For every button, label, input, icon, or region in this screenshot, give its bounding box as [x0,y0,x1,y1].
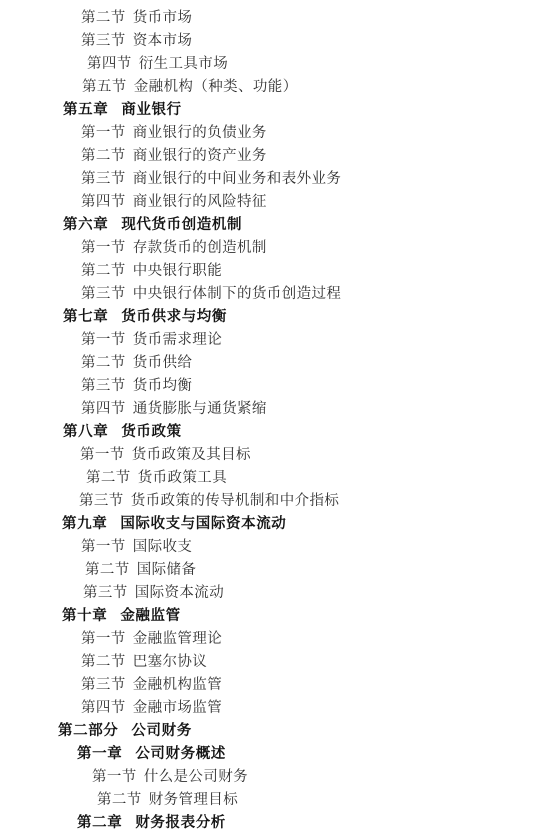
toc-item-title: 商业银行 [121,98,181,119]
toc-item-number: 第一节 [81,236,126,257]
toc-section-line: 第二节货币市场 [0,5,548,28]
toc-item-title: 公司财务概述 [135,742,226,763]
toc-item-number: 第二部分 [58,719,118,740]
toc-item-title: 中央银行体制下的货币创造过程 [133,282,342,303]
toc-section-line: 第一节存款货币的创造机制 [0,235,548,258]
toc-item-number: 第三节 [81,374,126,395]
toc-item-title: 金融机构监管 [133,673,222,694]
toc-item-number: 第十章 [62,604,107,625]
toc-item-title: 国际资本流动 [135,581,224,602]
toc-item-number: 第三节 [83,581,128,602]
toc-section-line: 第二节商业银行的资产业务 [0,143,548,166]
toc-section-line: 第五节金融机构（种类、功能） [0,74,548,97]
toc-item-number: 第三节 [81,673,126,694]
toc-section-line: 第一节金融监管理论 [0,626,548,649]
toc-item-title: 金融市场监管 [133,696,222,717]
toc-item-title: 中央银行职能 [133,259,222,280]
toc-item-title: 货币政策 [121,420,181,441]
toc-item-number: 第九章 [62,512,107,533]
toc-item-number: 第四节 [81,397,126,418]
toc-section-line: 第二节国际储备 [0,557,548,580]
toc-item-number: 第二节 [81,351,126,372]
toc-item-number: 第四节 [81,696,126,717]
toc-item-number: 第二节 [97,788,142,809]
toc-item-title: 商业银行的负债业务 [133,121,267,142]
toc-heading-line: 第五章商业银行 [0,97,548,120]
toc-item-number: 第二节 [81,6,126,27]
toc-item-number: 第一章 [77,742,122,763]
toc-item-number: 第一节 [92,765,137,786]
toc-heading-line: 第九章国际收支与国际资本流动 [0,511,548,534]
toc-section-line: 第三节中央银行体制下的货币创造过程 [0,281,548,304]
toc-section-line: 第四节衍生工具市场 [0,51,548,74]
toc-heading-line: 第十章金融监管 [0,603,548,626]
toc-item-number: 第三节 [79,489,124,510]
toc-heading-line: 第二部分公司财务 [0,718,548,741]
toc-item-number: 第二节 [81,259,126,280]
toc-heading-line: 第六章现代货币创造机制 [0,212,548,235]
toc-item-number: 第四节 [87,52,132,73]
toc-item-title: 货币政策工具 [138,466,227,487]
toc-section-line: 第一节货币需求理论 [0,327,548,350]
toc-item-number: 第一节 [81,121,126,142]
toc-section-line: 第二节财务管理目标 [0,787,548,810]
toc-item-title: 国际储备 [137,558,197,579]
toc-section-line: 第一节商业银行的负债业务 [0,120,548,143]
toc-item-number: 第三节 [81,167,126,188]
toc-item-number: 第三节 [81,282,126,303]
toc-section-line: 第二节中央银行职能 [0,258,548,281]
toc-item-number: 第四节 [81,190,126,211]
toc-item-title: 巴塞尔协议 [133,650,208,671]
toc-item-title: 货币均衡 [133,374,193,395]
toc-item-title: 什么是公司财务 [144,765,248,786]
toc-item-number: 第一节 [80,443,125,464]
toc-section-line: 第二节货币供给 [0,350,548,373]
toc-list: 第二节货币市场第三节资本市场第四节衍生工具市场第五节金融机构（种类、功能）第五章… [0,0,548,830]
toc-section-line: 第三节资本市场 [0,28,548,51]
toc-item-title: 资本市场 [133,29,193,50]
toc-item-title: 货币供求与均衡 [121,305,227,326]
toc-item-title: 财务管理目标 [149,788,238,809]
toc-item-title: 商业银行的中间业务和表外业务 [133,167,342,188]
toc-section-line: 第三节国际资本流动 [0,580,548,603]
toc-page: 第二节货币市场第三节资本市场第四节衍生工具市场第五节金融机构（种类、功能）第五章… [0,0,548,830]
toc-item-title: 存款货币的创造机制 [133,236,267,257]
toc-section-line: 第三节商业银行的中间业务和表外业务 [0,166,548,189]
toc-item-number: 第七章 [63,305,108,326]
toc-item-number: 第一节 [81,627,126,648]
toc-item-number: 第五章 [63,98,108,119]
toc-heading-line: 第一章公司财务概述 [0,741,548,764]
toc-item-number: 第二节 [81,144,126,165]
toc-item-number: 第三节 [81,29,126,50]
toc-item-title: 商业银行的资产业务 [133,144,267,165]
toc-item-title: 国际收支与国际资本流动 [120,512,286,533]
toc-item-title: 货币政策及其目标 [132,443,251,464]
toc-heading-line: 第二章财务报表分析 [0,810,548,830]
toc-item-title: 公司财务 [131,719,191,740]
toc-item-title: 商业银行的风险特征 [133,190,267,211]
toc-item-title: 金融监管 [120,604,180,625]
toc-item-title: 财务报表分析 [135,811,226,830]
toc-item-title: 金融机构（种类、功能） [134,75,298,96]
toc-section-line: 第四节商业银行的风险特征 [0,189,548,212]
toc-item-title: 货币市场 [133,6,193,27]
toc-item-number: 第五节 [82,75,127,96]
toc-section-line: 第三节货币均衡 [0,373,548,396]
toc-section-line: 第二节货币政策工具 [0,465,548,488]
toc-item-title: 货币供给 [133,351,193,372]
toc-heading-line: 第八章货币政策 [0,419,548,442]
toc-item-title: 货币政策的传导机制和中介指标 [131,489,340,510]
toc-heading-line: 第七章货币供求与均衡 [0,304,548,327]
toc-item-number: 第一节 [81,535,126,556]
toc-item-title: 金融监管理论 [133,627,222,648]
toc-section-line: 第四节金融市场监管 [0,695,548,718]
toc-section-line: 第二节巴塞尔协议 [0,649,548,672]
toc-section-line: 第三节金融机构监管 [0,672,548,695]
toc-section-line: 第一节什么是公司财务 [0,764,548,787]
toc-item-number: 第六章 [63,213,108,234]
toc-item-number: 第二节 [86,466,131,487]
toc-item-number: 第一节 [81,328,126,349]
toc-section-line: 第四节通货膨胀与通货紧缩 [0,396,548,419]
toc-item-title: 国际收支 [133,535,193,556]
toc-item-number: 第二节 [85,558,130,579]
toc-section-line: 第一节国际收支 [0,534,548,557]
toc-item-number: 第八章 [63,420,108,441]
toc-item-title: 通货膨胀与通货紧缩 [133,397,267,418]
toc-item-number: 第二章 [77,811,122,830]
toc-section-line: 第一节货币政策及其目标 [0,442,548,465]
toc-item-number: 第二节 [81,650,126,671]
toc-section-line: 第三节货币政策的传导机制和中介指标 [0,488,548,511]
toc-item-title: 货币需求理论 [133,328,222,349]
toc-item-title: 衍生工具市场 [139,52,228,73]
toc-item-title: 现代货币创造机制 [121,213,242,234]
